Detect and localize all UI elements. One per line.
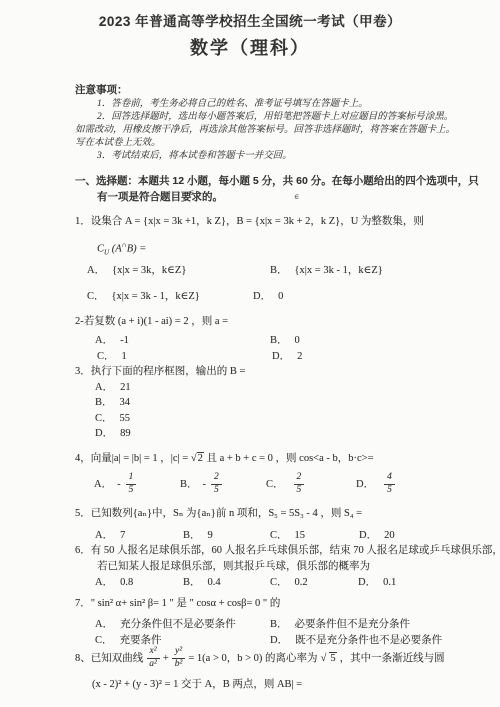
stem-text: ，其中一条渐近线与圆 [340,652,445,665]
notice-line-5: 3．考试结束后，将本试卷和答题卡一并交回。 [97,150,292,163]
question-2-stem: 2-若复数 (a + i)(1 - ai) = 2 ，则 a = [75,315,228,328]
notice-line-3: 如需改动，用橡皮擦干净后，再选涂其他答案标号。回答非选择题时，将答案在答题卡上。 [75,124,455,137]
option-letter: B． [183,530,201,541]
fraction-denominator: 5 [126,485,137,496]
stem-text: 8、已知双曲线 [75,652,143,665]
option-letter: C． [87,291,105,302]
option-text: 7 [120,530,125,541]
option-letter: B． [183,577,201,588]
fraction: 25 [211,473,222,495]
question-4-stem: 4，向量|a| = |b| = 1 ，|c| = √2 且 a + b + c … [75,452,374,465]
option-letter: D． [356,478,374,491]
sqrt-icon: √ [321,652,327,665]
option-text: 89 [120,428,131,439]
option-letter: A． [94,478,112,491]
q1-option-c: C．{x|x = 3k - 1，k∈Z} [87,290,200,303]
stem-text: 4，向量|a| = |b| = 1 ，|c| = [75,453,191,464]
option-letter: C． [270,577,288,588]
q5-option-c: C．15 [270,529,305,542]
option-text: 9 [208,530,213,541]
question-8-stem-line-1: 8、已知双曲线 x²a² + y²b² = 1(a > 0，b > 0) 的离心… [75,644,445,672]
option-text: 15 [295,530,306,541]
option-letter: C． [97,351,115,362]
option-text: 充分条件但不是必要条件 [120,619,236,630]
fraction: x²a² [146,647,160,669]
option-text: 0.8 [120,577,133,588]
q2-option-a: A．-1 [95,334,129,347]
expr-open: (A [112,244,122,255]
q2-option-b: B．0 [270,334,300,347]
q4-option-d: D．45 [356,470,395,498]
option-text: 20 [384,530,395,541]
fraction-numerator: y² [172,647,185,659]
option-text: 必要条件但不是充分条件 [295,619,411,630]
q6-option-d: D．0.1 [358,576,396,589]
option-text: 2 [297,351,302,362]
q2-option-d: D．2 [272,350,302,363]
question-1-expression: CU (A∩B) = [97,239,146,260]
question-5-stem: 5．已知数列{aₙ}中，Sₙ 为{aₙ}前 n 项和，S₅ = 5S₃ - 4 … [75,507,362,520]
q5-option-b: B．9 [183,529,213,542]
fraction-numerator: x² [147,647,160,659]
radicand: 5 [329,652,336,664]
option-letter: D． [95,428,113,439]
option-letter: B． [270,335,288,346]
option-letter: B． [270,619,288,630]
stem-text: 且 a + b + c = 0 ，则 cos<a - b，b·c>= [204,453,374,464]
q5-option-a: A．7 [95,529,125,542]
section-1-header-line-2: 有一项是符合题目要求的。 [97,191,223,204]
option-letter: A． [95,577,113,588]
option-letter: A． [87,265,105,276]
option-letter: A． [95,382,113,393]
notice-line-1: 1．答卷前，考生务必将自己的姓名、准考证号填写在答题卡上。 [97,98,368,111]
option-text: 0 [278,291,283,302]
option-letter: D． [358,577,376,588]
q4-option-b: B．-25 [180,470,222,498]
question-6-stem-line-2: 若已知某人报足球俱乐部，则其报乒乓球，俱乐部的概率为 [97,560,370,573]
option-letter: B． [95,397,113,408]
option-letter: A． [95,619,113,630]
option-text: 1 [122,351,127,362]
question-8-stem-line-2: (x - 2)² + (y - 3)² = 1 交于 A，B 两点，则 AB| … [92,678,302,691]
option-letter: D． [272,351,290,362]
q6-option-c: C．0.2 [270,576,308,589]
option-letter: A． [95,335,113,346]
option-text: 0.1 [383,577,396,588]
fraction-denominator: 5 [294,485,305,496]
expr-c: C [97,244,104,255]
option-text: {x|x = 3k - 1，k∈Z} [112,291,200,302]
q3-option-c: C．55 [95,412,130,425]
fraction-denominator: 5 [384,485,395,496]
notice-line-2: 2．回答选择题时，选出每小题答案后，用铅笔把答题卡上对应题目的答案标号涂黑。 [97,111,453,124]
notice-line-4: 写在本试卷上无效。 [75,137,161,150]
notice-heading: 注意事项： [75,84,128,97]
option-text: 0.4 [208,577,221,588]
option-letter: D． [253,291,271,302]
option-text: -1 [120,335,129,346]
q7-option-a: A．充分条件但不是必要条件 [95,618,236,631]
option-letter: B． [180,478,198,491]
fraction: 15 [126,473,137,495]
minus-sign: - [117,478,121,491]
q1-option-a: A．{x|x = 3k，k∈Z} [87,264,186,277]
q4-option-c: C．25 [266,470,304,498]
option-letter: C． [270,530,288,541]
q3-option-b: B．34 [95,396,130,409]
fraction: 45 [384,473,395,495]
fraction-denominator: a² [146,659,160,670]
option-text: {x|x = 3k，k∈Z} [112,265,186,276]
radicand: 2 [197,452,204,464]
question-3-stem: 3．执行下面的程序框图，输出的 B = [75,365,245,378]
expr-close: B) = [127,244,147,255]
section-1-header-line-1: 一、选择题：本题共 12 小题，每小题 5 分，共 60 分。在每小题给出的四个… [75,175,479,188]
fraction: 25 [294,473,305,495]
q1-option-b: B．{x|x = 3k - 1，k∈Z} [270,264,383,277]
option-letter: C． [266,478,284,491]
q6-option-b: B．0.4 [183,576,221,589]
q6-option-a: A．0.8 [95,576,133,589]
plus-sign: + [163,652,169,665]
stem-text: = 1(a > 0，b > 0) 的离心率为 [188,652,317,665]
q3-option-a: A．21 [95,381,131,394]
fraction-numerator: 4 [384,473,395,485]
option-text: 0.2 [295,577,308,588]
option-letter: C． [95,413,113,424]
option-text: 55 [120,413,131,424]
fraction-denominator: b² [172,659,186,670]
fraction-denominator: 5 [211,485,222,496]
fraction-numerator: 2 [294,473,305,485]
stray-element-symbol: ∈ [189,189,194,197]
exam-paper-page: 2023 年普通高等学校招生全国统一考试（甲卷） 数学（理科） 注意事项： 1．… [0,0,500,707]
option-letter: D． [359,530,377,541]
fraction: y²b² [172,647,186,669]
fraction-numerator: 1 [126,473,137,485]
q4-option-a: A．-15 [94,470,136,498]
q7-option-b: B．必要条件但不是充分条件 [270,618,410,631]
option-text: 0 [295,335,300,346]
option-letter: B． [270,265,288,276]
q3-option-d: D．89 [95,427,131,440]
exam-subtitle: 数学（理科） [0,42,500,55]
minus-sign: - [203,478,207,491]
q2-option-c: C．1 [97,350,127,363]
expr-u-subscript: U [104,249,109,257]
fraction-numerator: 2 [211,473,222,485]
exam-title: 2023 年普通高等学校招生全国统一考试（甲卷） [0,15,500,28]
option-text: 21 [120,382,131,393]
question-7-stem: 7．" sin² α+ sin² β= 1 " 是 " cosα + cosβ=… [75,597,280,610]
option-text: {x|x = 3k - 1，k∈Z} [295,265,383,276]
question-1-stem: 1．设集合 A = {x|x = 3k +1，k Z}，B = {x|x = 3… [75,215,424,228]
q1-option-d: D．0 [253,290,283,303]
q5-option-d: D．20 [359,529,395,542]
option-text: 34 [120,397,131,408]
option-letter: A． [95,530,113,541]
question-6-stem-line-1: 6．有 50 人报名足球俱乐部，60 人报名乒乓球俱乐部，结束 70 人报名足球… [75,544,500,557]
stray-element-symbol: ∈ [294,193,299,201]
